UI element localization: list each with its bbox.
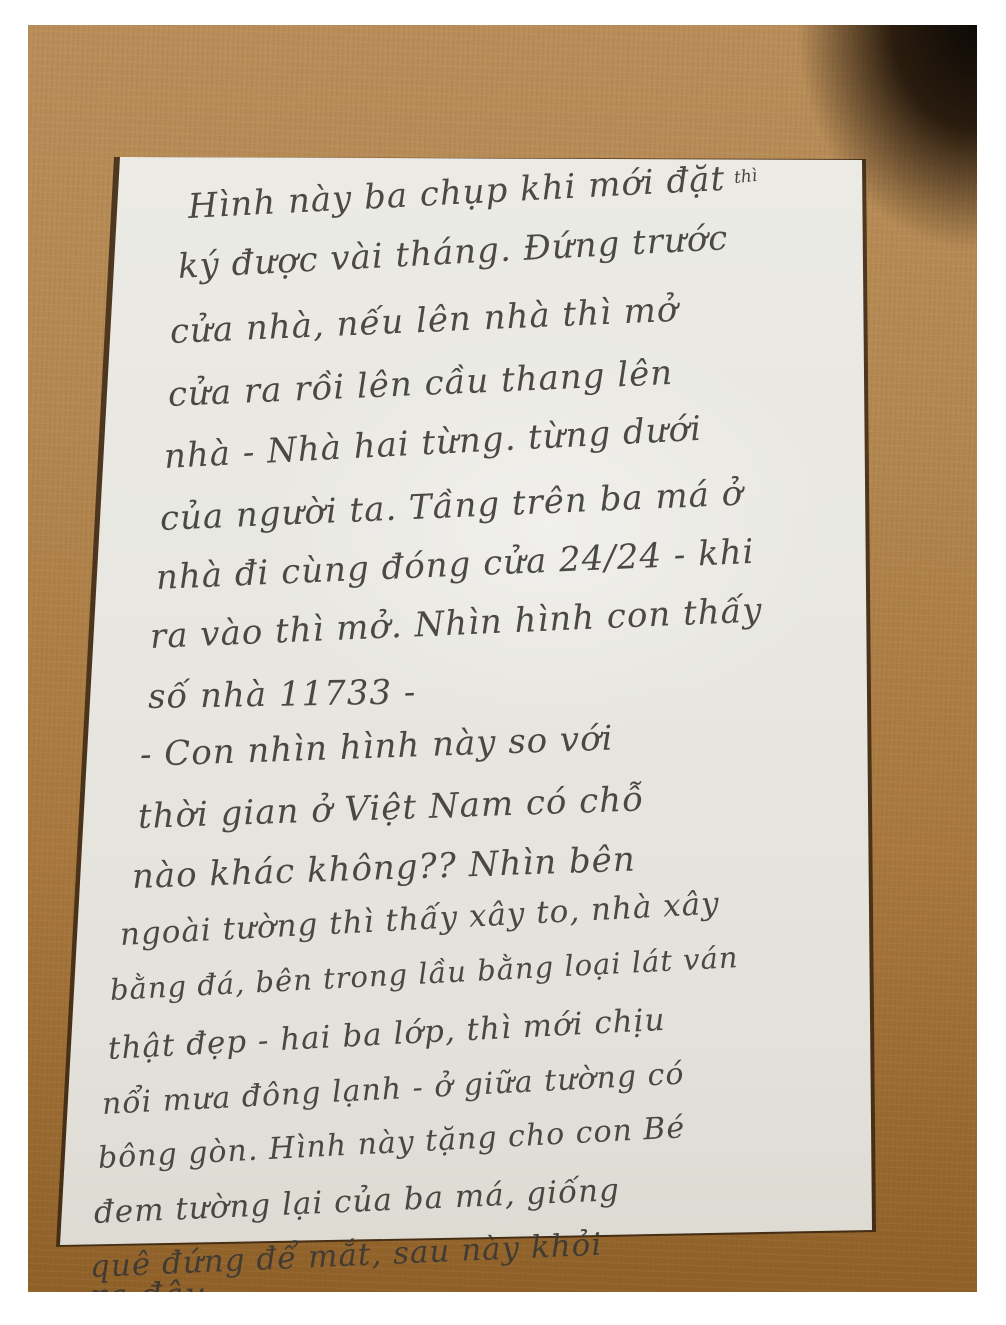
note-line-4: cửa ra rồi lên cầu thang lên	[167, 353, 674, 415]
note-line-8: ra vào thì mở. Nhìn hình con thấy	[149, 590, 763, 657]
note-line-20: ra đâu.	[90, 1275, 220, 1292]
photograph: thì Hình này ba chụp khi mới đặt ký được…	[28, 25, 977, 1292]
note-line-14: bằng đá, bên trong lầu bằng loại lát ván	[109, 940, 739, 1007]
note-line-15: thật đẹp - hai ba lớp, thì mới chịu	[107, 1002, 666, 1067]
note-line-12: nào khác không?? Nhìn bên	[131, 839, 636, 897]
handwritten-note: thì Hình này ba chụp khi mới đặt ký được…	[28, 25, 977, 1292]
note-line-10: - Con nhìn hình này so với	[139, 718, 614, 775]
inserted-word: thì	[733, 166, 758, 188]
note-line-3: cửa nhà, nếu lên nhà thì mở	[169, 290, 679, 352]
note-line-17: bông gòn. Hình này tặng cho con Bé	[97, 1110, 686, 1176]
note-line-5: nhà - Nhà hai từng. từng dưới	[163, 409, 703, 477]
note-line-16: nổi mưa đông lạnh - ở giữa tường có	[101, 1057, 685, 1122]
note-line-1: Hình này ba chụp khi mới đặt	[187, 159, 726, 227]
note-line-7: nhà đi cùng đóng cửa 24/24 - khi	[155, 532, 755, 598]
note-line-11: thời gian ở Việt Nam có chỗ	[137, 779, 644, 837]
note-line-13: ngoài tường thì thấy xây to, nhà xây	[119, 886, 720, 953]
note-line-9: số nhà 11733 -	[148, 672, 417, 717]
note-line-2: ký được vài tháng. Đứng trước	[177, 218, 729, 287]
note-line-6: của người ta. Tầng trên ba má ở	[159, 474, 744, 539]
note-line-18: đem tường lại của ba má, giống	[93, 1172, 620, 1231]
